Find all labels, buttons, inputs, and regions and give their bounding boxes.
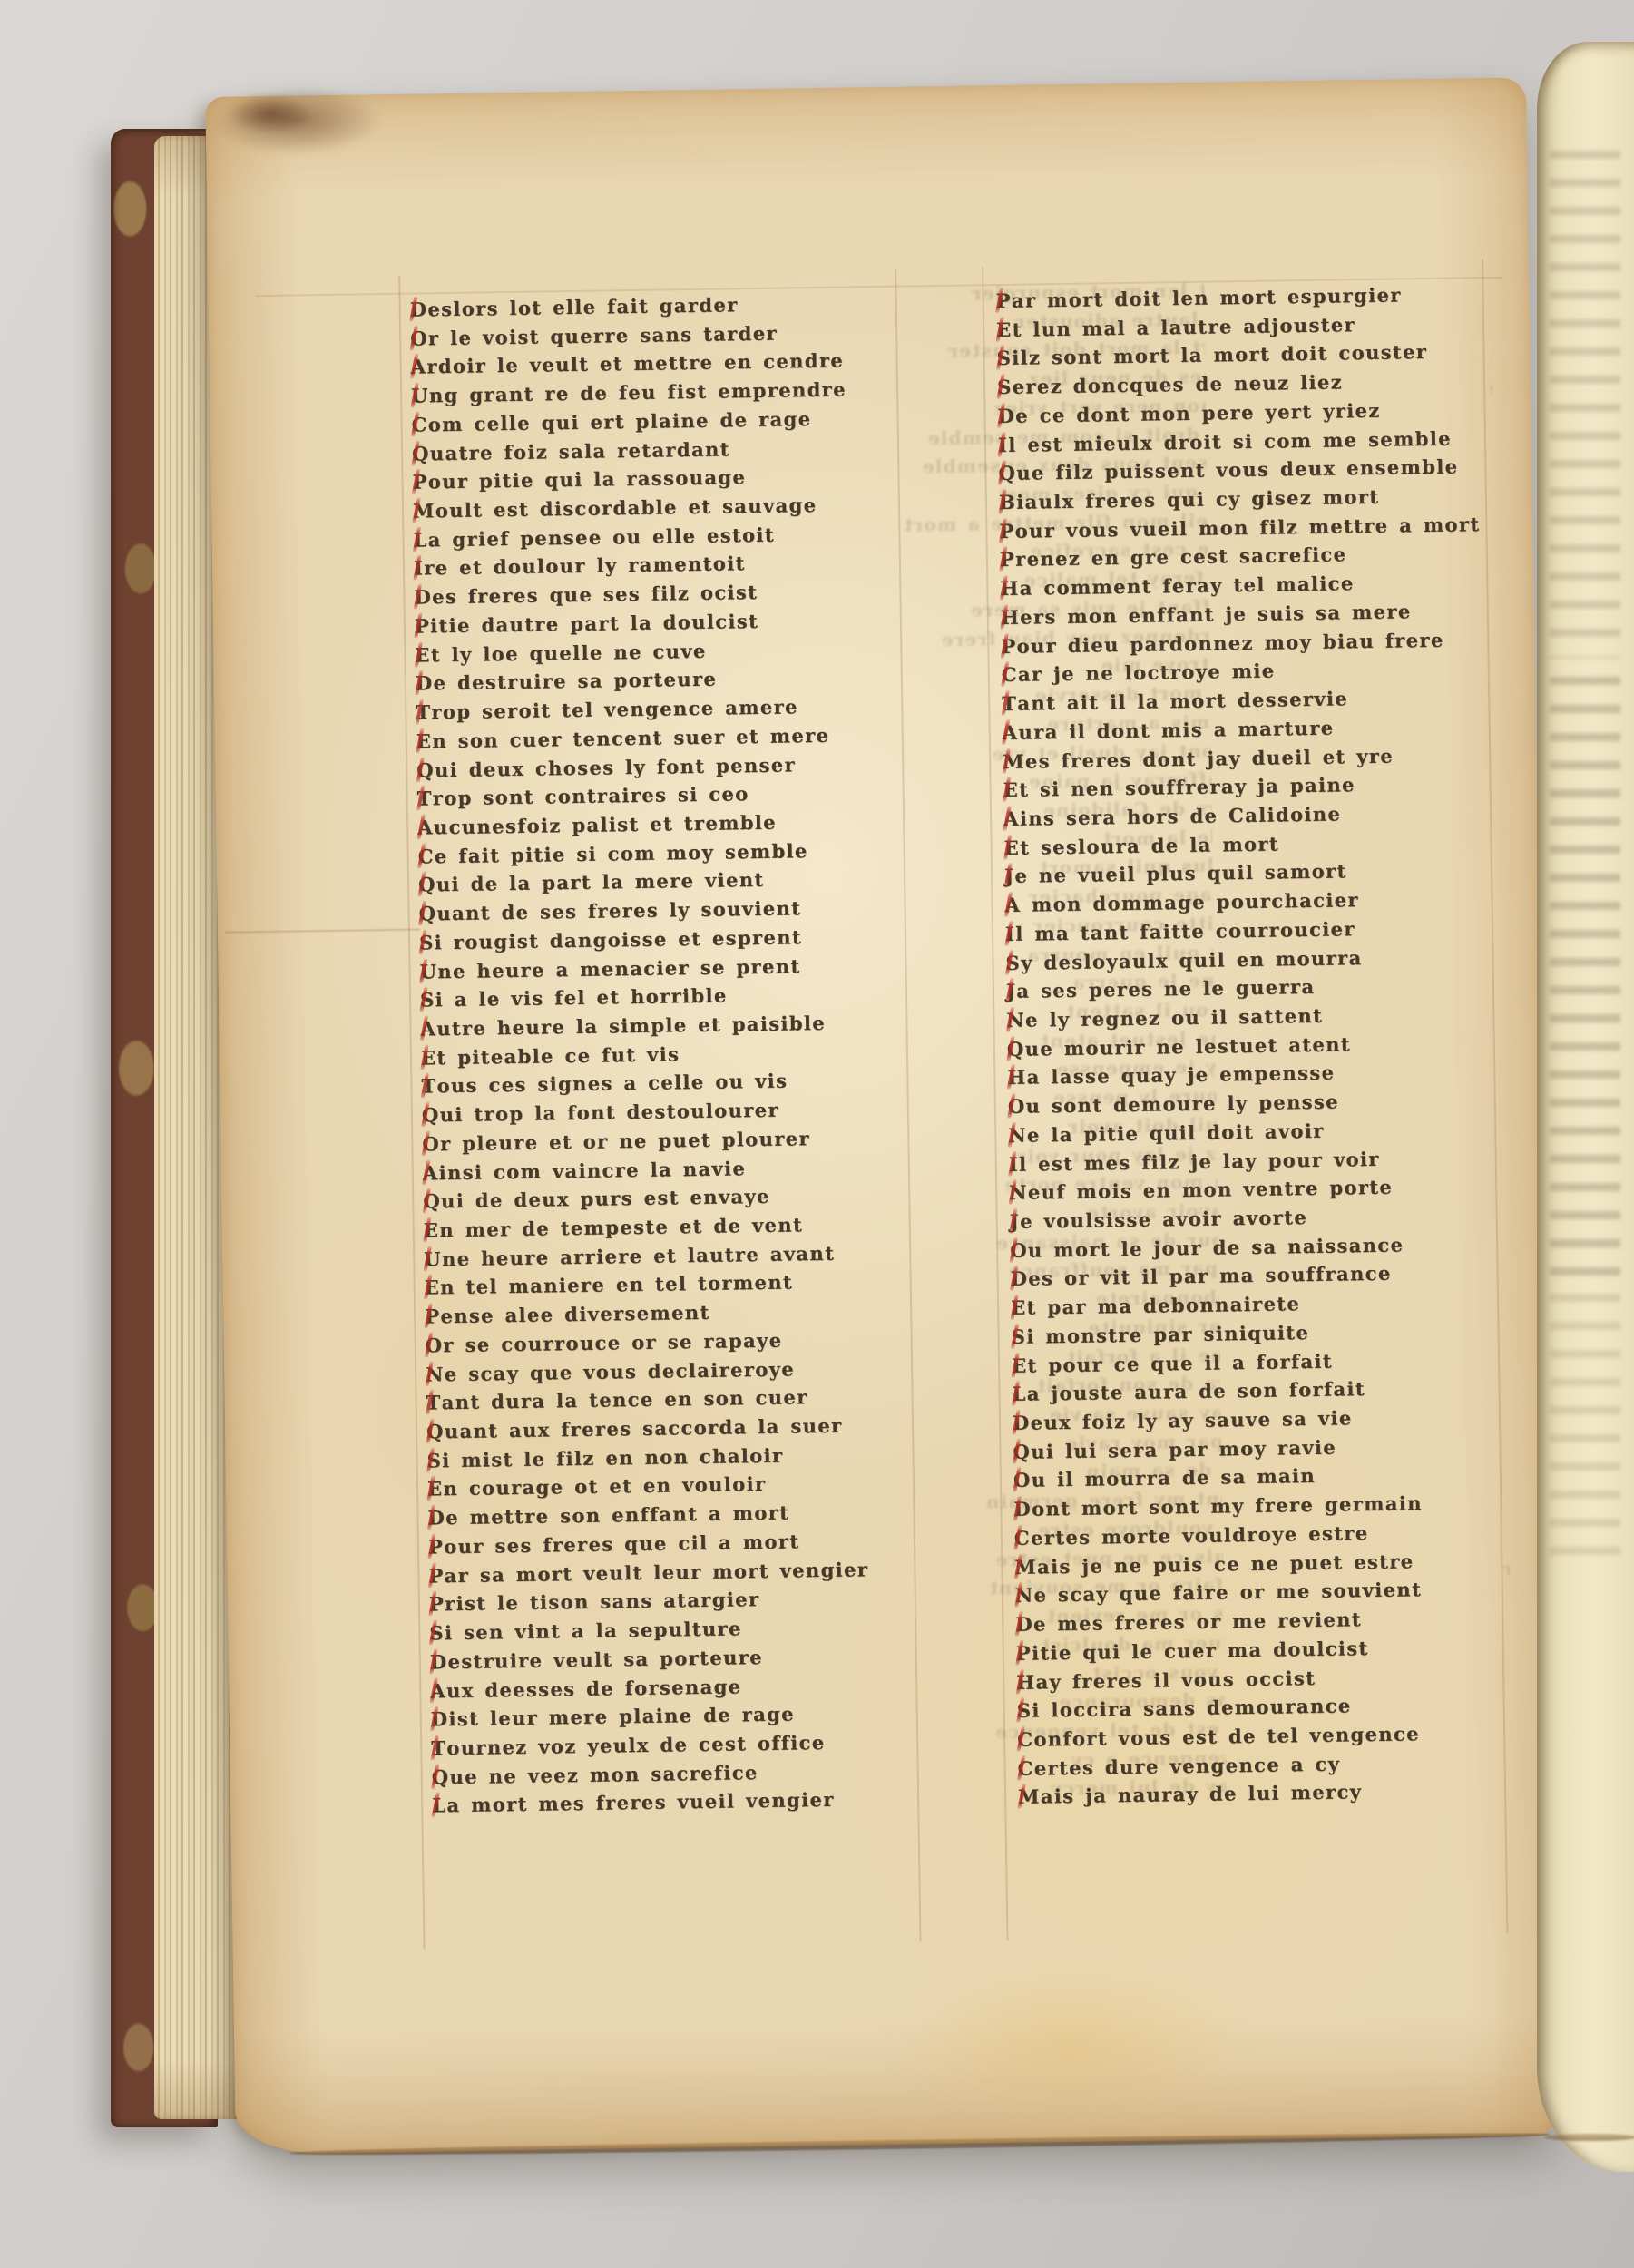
rubricated-initial: Q <box>416 756 435 785</box>
rubricated-initial: M <box>1003 747 1025 776</box>
rubricated-initial: N <box>1015 1581 1034 1610</box>
rubricated-initial: U <box>424 1245 442 1274</box>
rubricated-initial: T <box>417 785 434 814</box>
rubricated-initial: E <box>1012 1351 1028 1380</box>
rubricated-initial: O <box>425 1331 443 1360</box>
rubricated-initial: H <box>1000 574 1020 603</box>
rubricated-initial: S <box>429 1618 445 1647</box>
corner-stain-dark <box>210 86 329 142</box>
rubricated-initial: E <box>427 1475 444 1504</box>
rubricated-initial: E <box>415 640 431 670</box>
rubricated-initial: Q <box>1013 1437 1031 1466</box>
rubricated-initial: A <box>423 1158 439 1188</box>
rubricated-initial: D <box>416 670 434 699</box>
rubricated-initial: M <box>1014 1552 1037 1581</box>
rubricated-initial: B <box>999 488 1017 517</box>
rubricated-initial: S <box>997 373 1013 402</box>
rubricated-initial: P <box>425 1302 441 1331</box>
photo-backdrop: { "artifact": "manuscript-codex-opening"… <box>0 0 1634 2268</box>
facing-page-fore-edge <box>1537 42 1634 2172</box>
rubricated-initial: D <box>430 1647 448 1677</box>
rubricated-initial: T <box>426 1389 442 1418</box>
rubricated-initial: O <box>1010 1236 1028 1265</box>
rubricated-initial: T <box>421 1072 437 1101</box>
rubricated-initial: Q <box>412 439 430 468</box>
rubricated-initial: P <box>428 1532 445 1561</box>
rubricated-initial: E <box>425 1274 441 1303</box>
manuscript-page: Par mort doit len mort espurgierEt lun m… <box>205 77 1556 2154</box>
rubricated-initial: Q <box>998 459 1016 488</box>
rubricated-initial: L <box>1012 1380 1027 1409</box>
rubricated-initial: H <box>1001 603 1021 632</box>
rubricated-initial: N <box>1006 1006 1025 1035</box>
rubricated-initial: D <box>431 1705 449 1734</box>
text-column-right: Par mort doit len mort espurgierEt lun m… <box>995 279 1526 1812</box>
rubricated-initial: P <box>995 287 1012 316</box>
rubricated-initial: I <box>1005 920 1016 949</box>
rubricated-initial: D <box>414 582 432 611</box>
rubricated-initial: C <box>417 842 435 871</box>
rubricated-initial: E <box>424 1216 440 1245</box>
rubricated-initial: S <box>420 986 435 1015</box>
rubricated-initial: T <box>1002 689 1018 719</box>
rubricated-initial: A <box>430 1677 446 1706</box>
rubricated-initial: H <box>1016 1667 1036 1696</box>
rubricated-initial: C <box>411 410 428 439</box>
rubricated-initial: D <box>1013 1495 1032 1524</box>
rubricated-initial: P <box>1000 545 1016 574</box>
bottom-stain <box>813 1931 1324 2156</box>
rubricated-initial: O <box>1013 1466 1032 1495</box>
rubricated-initial: Q <box>432 1763 450 1792</box>
rubricated-initial: U <box>419 957 437 986</box>
rubricated-initial: L <box>413 525 428 554</box>
rubricated-initial: I <box>998 430 1009 459</box>
rubricated-initial: I <box>414 554 425 583</box>
rubricated-initial: S <box>426 1446 442 1475</box>
rubricated-initial: C <box>1002 660 1019 689</box>
rubricated-initial: J <box>1006 977 1017 1006</box>
rubricated-initial: S <box>1005 948 1021 977</box>
rubricated-initial: S <box>1017 1696 1032 1725</box>
rubricated-initial: M <box>413 496 435 525</box>
fore-edge-ghost-text <box>1550 1294 1620 1566</box>
rubricated-initial: N <box>1008 1120 1027 1149</box>
rubricated-initial: C <box>1017 1754 1034 1783</box>
rubricated-initial: Q <box>1007 1034 1025 1063</box>
rubricated-initial: C <box>1017 1725 1034 1755</box>
rubricated-initial: Q <box>426 1417 445 1446</box>
rubricated-initial: D <box>1013 1409 1031 1438</box>
rubricated-initial: I <box>1009 1149 1020 1178</box>
rubricated-initial: E <box>416 727 433 756</box>
rubricated-initial: Q <box>418 871 436 900</box>
rubricated-initial: P <box>1016 1638 1032 1667</box>
rubricated-initial: A <box>1003 805 1020 834</box>
rubricated-initial: A <box>1003 718 1019 747</box>
rubricated-initial: A <box>417 813 434 842</box>
rubricated-initial: D <box>427 1503 445 1532</box>
fore-edge-bottom-line <box>1544 2134 1634 2141</box>
rubricated-initial: D <box>410 295 428 324</box>
rubricated-initial: M <box>1018 1783 1041 1812</box>
rubricated-initial: P <box>1001 631 1017 660</box>
rubricated-initial: J <box>1010 1207 1021 1237</box>
rubricated-initial: D <box>1015 1610 1033 1639</box>
rubricated-initial: P <box>415 611 431 640</box>
rubricated-initial: T <box>416 698 432 727</box>
rubricated-initial: E <box>1011 1294 1027 1323</box>
rubricated-initial: C <box>1014 1524 1032 1553</box>
rubricated-initial: P <box>412 468 428 497</box>
rubricated-initial: Q <box>418 899 436 928</box>
rubricated-initial: O <box>422 1129 440 1158</box>
rubricated-initial: P <box>429 1590 445 1619</box>
fore-edge-ghost-text <box>1550 151 1620 659</box>
rubricated-initial: A <box>420 1014 436 1043</box>
rubricated-initial: S <box>1011 1323 1026 1352</box>
rubricated-initial: A <box>410 353 426 382</box>
rubricated-initial: L <box>432 1792 447 1821</box>
rubricated-initial: O <box>410 324 428 353</box>
rubricated-initial: P <box>428 1561 445 1590</box>
rubricated-initial: N <box>1009 1178 1028 1207</box>
rubricated-initial: T <box>431 1734 447 1763</box>
rubricated-initial: N <box>426 1360 445 1389</box>
rubricated-initial: U <box>411 381 429 410</box>
rubricated-initial: E <box>1003 833 1020 862</box>
rubricated-initial: E <box>996 315 1013 344</box>
rubricated-initial: D <box>997 402 1015 431</box>
rubricated-initial: S <box>996 344 1012 373</box>
rubricated-initial: Q <box>422 1100 440 1129</box>
fore-edge-ghost-text <box>1550 677 1620 1276</box>
rubricated-initial: Q <box>423 1187 441 1216</box>
text-column-left: Deslors lot elle fait garderOr le voist … <box>410 288 941 1820</box>
rubricated-initial: S <box>419 928 435 957</box>
rubricated-initial: E <box>421 1043 437 1072</box>
rubricated-initial: H <box>1007 1063 1027 1092</box>
rubricated-initial: J <box>1004 862 1015 891</box>
rubricated-initial: D <box>1010 1265 1028 1294</box>
rubricated-initial: A <box>1004 891 1021 920</box>
rubricated-initial: O <box>1008 1092 1026 1121</box>
rubricated-initial: E <box>1003 776 1019 805</box>
margin-crease <box>225 929 420 934</box>
rubricated-initial: P <box>999 516 1015 545</box>
